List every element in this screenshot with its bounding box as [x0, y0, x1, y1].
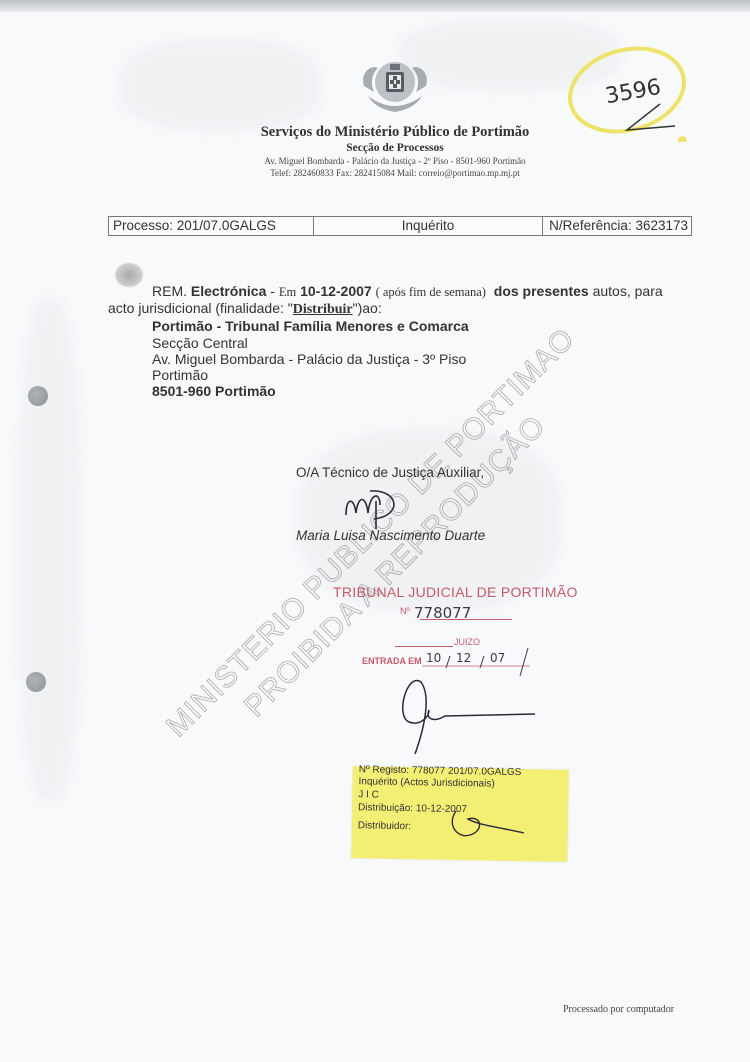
process-number: Processo: 201/07.0GALGS	[109, 217, 314, 235]
recipient-line: Secção Central	[152, 335, 248, 351]
office-contact: Telef: 282460833 Fax: 282415084 Mail: co…	[0, 168, 750, 178]
signatory-name: Maria Luisa Nascimento Duarte	[296, 528, 485, 543]
court-stamp-no-label: Nº	[400, 606, 410, 616]
handwritten-signature-distribuidor	[448, 805, 528, 841]
portuguese-coat-of-arms-icon	[356, 56, 434, 116]
remessa-date: 10-12-2007	[300, 283, 372, 299]
scan-smudge	[20, 300, 80, 800]
office-address: Av. Miguel Bombarda - Palácio da Justiça…	[0, 156, 750, 166]
recipient-line: Av. Miguel Bombarda - Palácio da Justiça…	[152, 351, 466, 367]
signatory-title: O/A Técnico de Justiça Auxiliar,	[296, 465, 484, 480]
punch-hole	[28, 386, 48, 406]
scan-edge	[0, 0, 750, 12]
recipient-line: Portimão	[152, 367, 208, 383]
handwritten-number: 3596	[603, 75, 662, 109]
recipient-line: 8501-960 Portimão	[152, 383, 276, 399]
footer-note: Processado por computador	[563, 1004, 674, 1015]
process-type: Inquérito	[314, 217, 543, 235]
stamp-date-lines	[420, 640, 540, 680]
handwritten-signature-court	[385, 676, 545, 766]
handwritten-signature	[340, 485, 410, 530]
office-subtitle: Secção de Processos	[0, 142, 750, 154]
recipient-line: Portimão - Tribunal Família Menores e Co…	[152, 318, 469, 334]
handwritten-circled-note: 3596 A	[565, 42, 695, 142]
stamp-line	[420, 619, 512, 620]
handwritten-letter: A	[670, 130, 695, 142]
court-stamp-entrada: ENTRADA EM	[362, 656, 422, 666]
finalidade-value: Distribuir	[293, 302, 353, 317]
sticker-jic: J I C	[358, 789, 379, 800]
remessa-line-2: acto jurisdicional (finalidade: "Distrib…	[108, 300, 382, 318]
scan-smudge	[120, 40, 320, 130]
reference-number: N/Referência: 3623173	[543, 217, 691, 235]
punch-hole	[26, 672, 46, 692]
process-info-bar: Processo: 201/07.0GALGS Inquérito N/Refe…	[108, 216, 692, 236]
scan-artifact-mark	[114, 262, 144, 288]
remessa-line-1: REM. Electrónica - Em 10-12-2007 ( após …	[152, 283, 663, 300]
sticker-distribuidor: Distribuidor:	[358, 820, 412, 832]
sticker-tipo: Inquérito (Actos Jurisdicionais)	[358, 776, 494, 789]
document-page: Serviços do Ministério Público de Portim…	[0, 0, 750, 1062]
court-stamp-title: TRIBUNAL JUDICIAL DE PORTIMÃO	[333, 584, 578, 600]
